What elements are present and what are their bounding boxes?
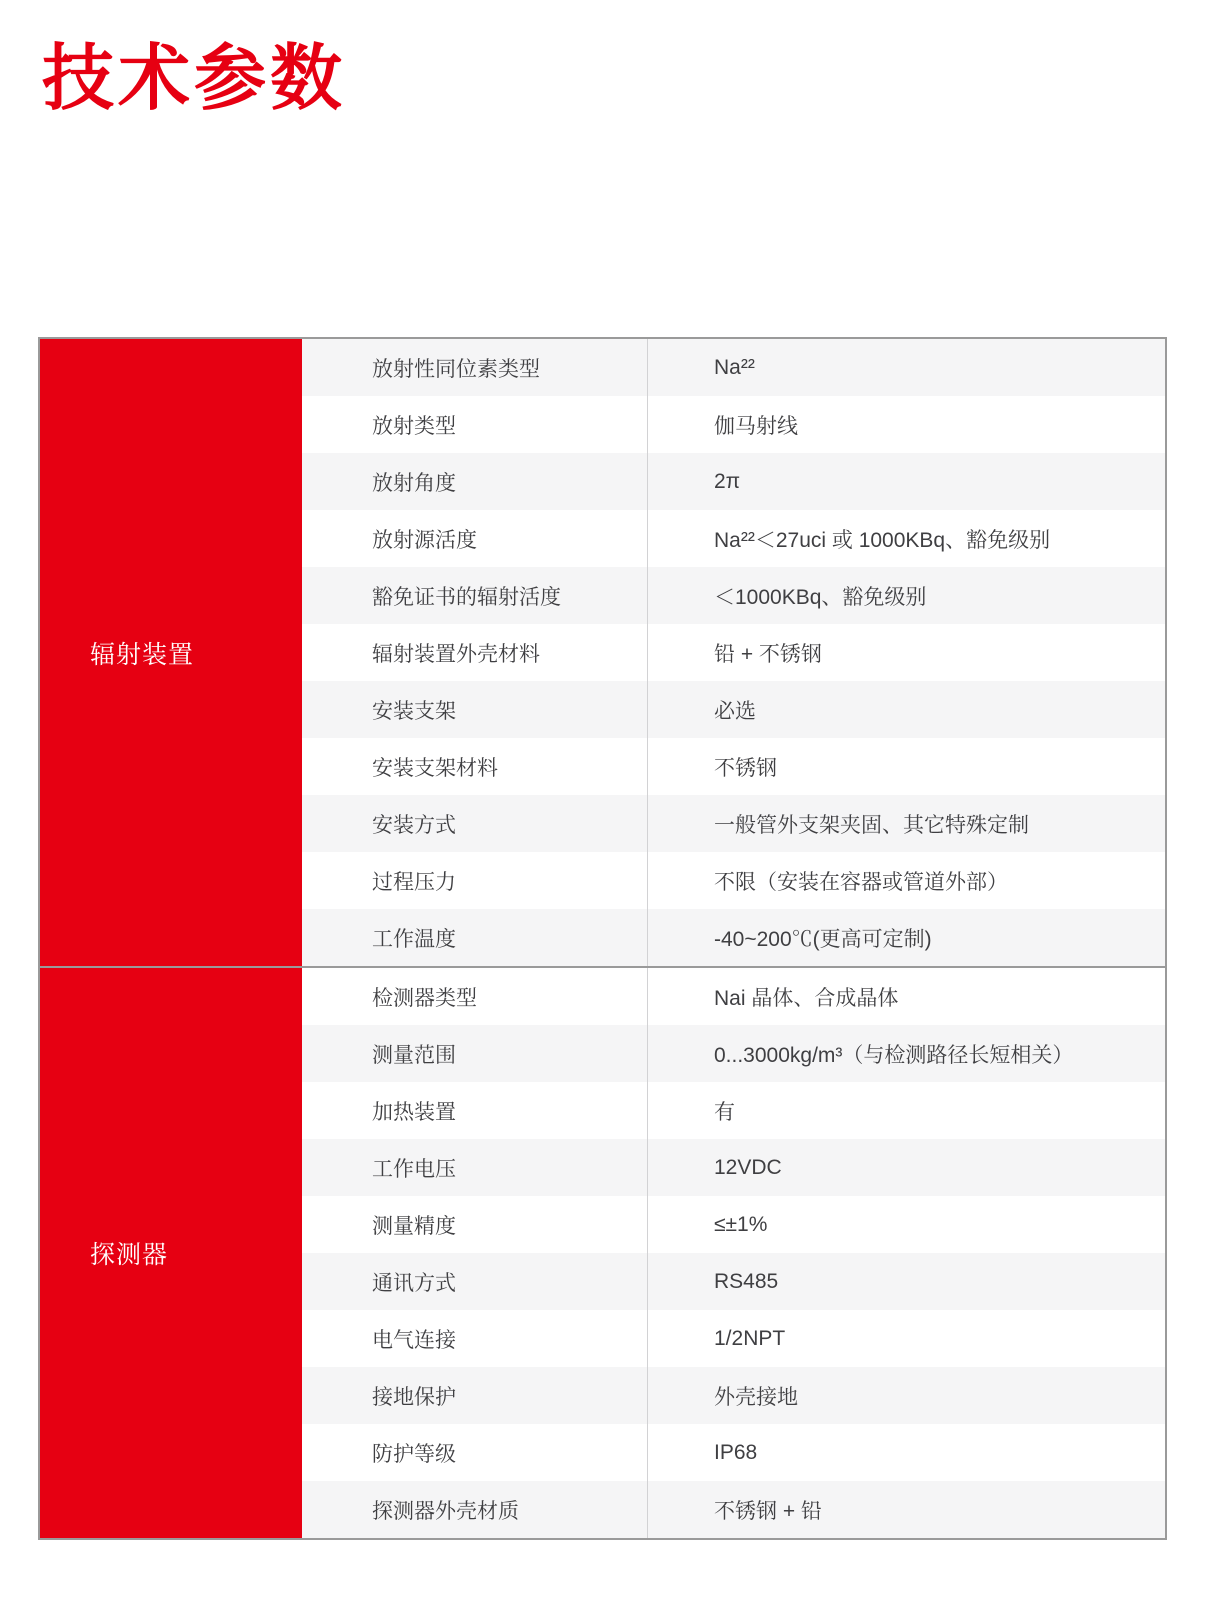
table-row: 过程压力 不限（安装在容器或管道外部） (302, 852, 1165, 909)
page-title: 技术参数 (42, 36, 346, 122)
param-label: 放射类型 (302, 396, 647, 453)
table-row: 电气连接 1/2NPT (302, 1310, 1165, 1367)
param-value: 不锈钢 (647, 738, 1165, 795)
param-value: 有 (647, 1082, 1165, 1139)
param-label: 电气连接 (302, 1310, 647, 1367)
table-row: 测量范围 0...3000kg/m³（与检测路径长短相关） (302, 1025, 1165, 1082)
table-row: 放射角度 2π (302, 453, 1165, 510)
table-row: 放射类型 伽马射线 (302, 396, 1165, 453)
param-value: 12VDC (647, 1139, 1165, 1196)
param-label: 测量范围 (302, 1025, 647, 1082)
section-rows: 检测器类型 Nai 晶体、合成晶体 测量范围 0...3000kg/m³（与检测… (302, 968, 1165, 1538)
spec-table: 辐射装置 放射性同位素类型 Na²² 放射类型 伽马射线 放射角度 2π 放射源… (38, 337, 1167, 1540)
param-label: 加热装置 (302, 1082, 647, 1139)
param-label: 安装支架 (302, 681, 647, 738)
param-value: ＜1000KBq、豁免级别 (647, 567, 1165, 624)
table-row: 放射源活度 Na²²＜27uci 或 1000KBq、豁免级别 (302, 510, 1165, 567)
param-value: 伽马射线 (647, 396, 1165, 453)
section-label: 辐射装置 (40, 339, 302, 966)
param-label: 豁免证书的辐射活度 (302, 567, 647, 624)
param-label: 防护等级 (302, 1424, 647, 1481)
param-value: 2π (647, 453, 1165, 510)
table-row: 探测器外壳材质 不锈钢 + 铅 (302, 1481, 1165, 1538)
param-label: 探测器外壳材质 (302, 1481, 647, 1538)
table-row: 工作温度 -40~200℃(更高可定制) (302, 909, 1165, 966)
table-row: 工作电压 12VDC (302, 1139, 1165, 1196)
table-row: 防护等级 IP68 (302, 1424, 1165, 1481)
section-rows: 放射性同位素类型 Na²² 放射类型 伽马射线 放射角度 2π 放射源活度 Na… (302, 339, 1165, 966)
param-value: 一般管外支架夹固、其它特殊定制 (647, 795, 1165, 852)
param-label: 放射源活度 (302, 510, 647, 567)
param-value: -40~200℃(更高可定制) (647, 909, 1165, 966)
table-row: 辐射装置外壳材料 铅 + 不锈钢 (302, 624, 1165, 681)
spec-section: 探测器 检测器类型 Nai 晶体、合成晶体 测量范围 0...3000kg/m³… (40, 966, 1165, 1538)
param-value: RS485 (647, 1253, 1165, 1310)
param-label: 检测器类型 (302, 968, 647, 1025)
param-label: 辐射装置外壳材料 (302, 624, 647, 681)
param-value: 必选 (647, 681, 1165, 738)
param-value: 外壳接地 (647, 1367, 1165, 1424)
param-value: IP68 (647, 1424, 1165, 1481)
param-label: 工作温度 (302, 909, 647, 966)
param-label: 安装支架材料 (302, 738, 647, 795)
param-value: 铅 + 不锈钢 (647, 624, 1165, 681)
param-label: 接地保护 (302, 1367, 647, 1424)
param-value: 0...3000kg/m³（与检测路径长短相关） (647, 1025, 1165, 1082)
spec-section: 辐射装置 放射性同位素类型 Na²² 放射类型 伽马射线 放射角度 2π 放射源… (40, 339, 1165, 966)
param-value: 1/2NPT (647, 1310, 1165, 1367)
param-value: ≤±1% (647, 1196, 1165, 1253)
param-label: 安装方式 (302, 795, 647, 852)
param-label: 测量精度 (302, 1196, 647, 1253)
table-row: 豁免证书的辐射活度 ＜1000KBq、豁免级别 (302, 567, 1165, 624)
param-label: 工作电压 (302, 1139, 647, 1196)
table-row: 放射性同位素类型 Na²² (302, 339, 1165, 396)
section-label: 探测器 (40, 968, 302, 1538)
table-row: 检测器类型 Nai 晶体、合成晶体 (302, 968, 1165, 1025)
table-row: 安装支架材料 不锈钢 (302, 738, 1165, 795)
param-value: Nai 晶体、合成晶体 (647, 968, 1165, 1025)
param-label: 放射角度 (302, 453, 647, 510)
table-row: 安装支架 必选 (302, 681, 1165, 738)
param-value: 不限（安装在容器或管道外部） (647, 852, 1165, 909)
table-row: 安装方式 一般管外支架夹固、其它特殊定制 (302, 795, 1165, 852)
param-label: 通讯方式 (302, 1253, 647, 1310)
table-row: 接地保护 外壳接地 (302, 1367, 1165, 1424)
table-row: 测量精度 ≤±1% (302, 1196, 1165, 1253)
param-label: 放射性同位素类型 (302, 339, 647, 396)
param-value: 不锈钢 + 铅 (647, 1481, 1165, 1538)
table-row: 通讯方式 RS485 (302, 1253, 1165, 1310)
param-value: Na²² (647, 339, 1165, 396)
param-value: Na²²＜27uci 或 1000KBq、豁免级别 (647, 510, 1165, 567)
param-label: 过程压力 (302, 852, 647, 909)
table-row: 加热装置 有 (302, 1082, 1165, 1139)
